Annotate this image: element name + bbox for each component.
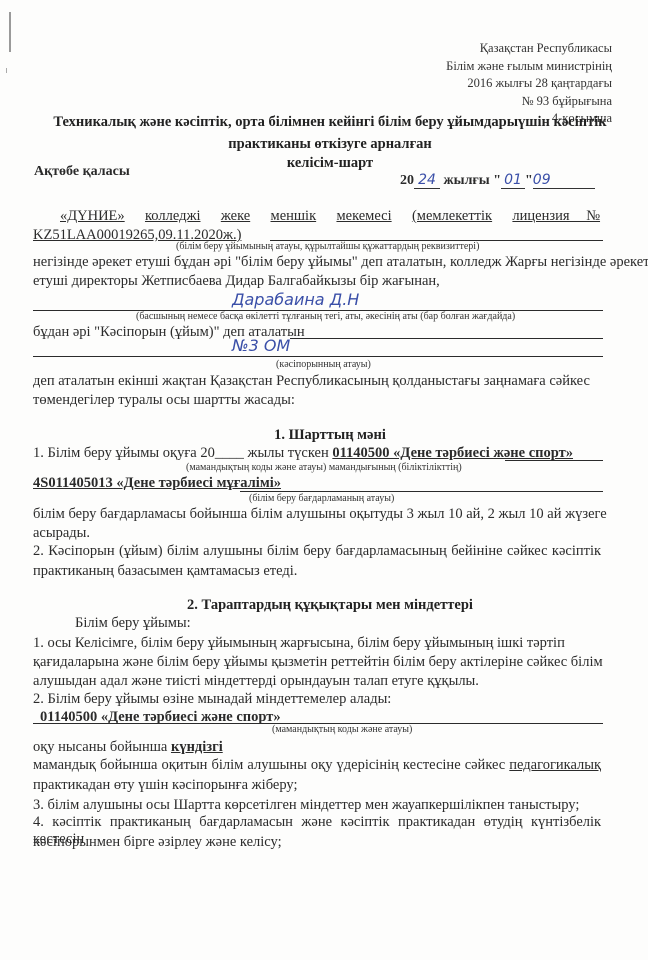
word: кәсіптік	[52, 814, 101, 830]
enterprise-caption: (кәсіпорынның атауы)	[276, 359, 371, 370]
date-year-handwritten: 24	[414, 172, 440, 189]
study-form: оқу нысаны бойынша күндізгі	[33, 737, 223, 757]
closing-line2: төмендегілер туралы осы шартты жасады:	[33, 390, 295, 410]
document-title-line1: Техникалық және кәсіптік, орта білімнен …	[40, 114, 620, 131]
date-prefix: 20	[400, 173, 414, 188]
qualification: 4S011405013 «Дене тәрбиесі мұғалімі»	[33, 473, 281, 493]
word: алушыны	[203, 543, 262, 559]
word: 4.	[33, 814, 44, 830]
org-caption: (білім беру ұйымының атауы, құрылтайшы қ…	[176, 241, 479, 252]
appendix-line: Қазақстан Республикасы	[446, 40, 612, 58]
section2-subheading: Білім беру ұйымы:	[75, 613, 191, 633]
right1-line2: қағидаларына және білім беру ұйымы қызме…	[33, 652, 603, 672]
p1-cont-line2: асырады.	[33, 523, 90, 543]
word: бағдарламасын	[199, 814, 293, 830]
fill-line	[33, 356, 603, 357]
word: оқу	[311, 757, 333, 773]
word: (ұйым)	[119, 543, 163, 559]
qualification-caption: (білім беру бағдарламаның атауы)	[249, 493, 394, 504]
word: бейініне	[451, 543, 502, 559]
word: Кәсіпорын	[48, 543, 114, 559]
practice-type: педагогикалық	[509, 757, 601, 773]
right1-line1: 1. осы Келісімге, білім беру ұйымының жа…	[33, 633, 565, 653]
basis-line2: етуші директоры Жетписбаева Дидар Балгаб…	[33, 271, 440, 291]
fill-line	[240, 491, 603, 492]
obligation3: 3. білім алушыны осы Шартта көрсетілген …	[33, 795, 579, 815]
org-word: лицензия№	[512, 208, 600, 224]
org-word: жеке	[221, 208, 250, 224]
word: практикадан	[398, 814, 475, 830]
document-title-line2: практиканы өткізуге арналған	[40, 136, 620, 153]
study-form-value: күндізгі	[171, 739, 223, 755]
head-caption: (басшының немесе басқа өкілетті тұлғаның…	[136, 311, 515, 322]
basis-line1: негізінде әрекет етуші бұдан әрі "білім …	[33, 252, 648, 272]
org-word: меншік	[271, 208, 317, 224]
obligation2: 2. Білім беру ұйымы өзіне мынадай міндет…	[33, 689, 391, 709]
p1-prefix: 1. Білім беру ұйымы оқуға 20____ жылы тү…	[33, 445, 332, 461]
scan-edge-dot	[6, 68, 7, 73]
enterprise-name-handwritten: №3 ОМ	[232, 336, 290, 355]
city: Ақтөбе қаласы	[34, 164, 130, 180]
send-line1: мамандық бойынша оқитын білім алушыны оқ…	[33, 757, 601, 774]
word: бойынша	[100, 757, 158, 773]
org-word: колледжі	[145, 208, 201, 224]
word: мамандық	[33, 757, 96, 773]
date-year-suffix: жылғы "	[444, 173, 502, 188]
date-day-handwritten: 01	[501, 172, 525, 189]
p1-cont-line1: білім беру бағдарламасы бойынша білім ал…	[33, 504, 607, 524]
word: сәйкес	[507, 543, 548, 559]
fill-line	[290, 338, 603, 339]
word: білім	[212, 757, 244, 773]
word: кестесіне	[403, 757, 461, 773]
section1-p2-line1: 2. Кәсіпорын (ұйым) білім алушыны білім …	[33, 543, 601, 560]
section1-p2-line2: практиканың базасымен қамтамасыз етеді.	[33, 561, 297, 581]
obligation4-line2: кәсіпорынмен бірге әзірлеу және келісу;	[33, 832, 282, 852]
word: кәсіптік	[340, 814, 389, 830]
word: және	[301, 814, 332, 830]
word: білім	[167, 543, 199, 559]
specialty: 01140500 «Дене тәрбиесі және спорт»	[332, 445, 573, 461]
date-mid: "	[525, 173, 533, 188]
word: практиканың	[110, 814, 191, 830]
obligation2-specialty-caption: (мамандықтың коды және атауы)	[272, 724, 412, 735]
org-word: мекемесі	[336, 208, 391, 224]
study-form-prefix: оқу нысаны бойынша	[33, 739, 171, 755]
appendix-line: Білім және ғылым министрінің	[446, 58, 612, 76]
word: кәсіптік	[552, 543, 601, 559]
appendix-line: 2016 жылғы 28 қаңтардағы	[446, 75, 612, 93]
word: 2.	[33, 543, 44, 559]
word: үдерісінің	[337, 757, 399, 773]
contract-page: Қазақстан Республикасы Білім және ғылым …	[0, 0, 648, 960]
specialty-caption: (мамандықтың коды және атауы) мамандығын…	[186, 462, 462, 473]
word: бағдарламасының	[336, 543, 447, 559]
date-month-handwritten: 09	[533, 172, 595, 189]
appendix-line: № 93 бұйрығына	[446, 93, 612, 111]
word: оқитын	[162, 757, 208, 773]
obligation2-specialty: 01140500 «Дене тәрбиесі және спорт»	[40, 707, 281, 727]
section1-p1: 1. Білім беру ұйымы оқуға 20____ жылы тү…	[33, 443, 573, 463]
contract-date: 2024 жылғы "01"09	[400, 172, 595, 189]
send-line2: практикадан өту үшін кәсіпорынға жіберу;	[33, 775, 297, 795]
org-word: «ДҮНИЕ»	[60, 208, 125, 224]
word: алушыны	[247, 757, 306, 773]
head-name-handwritten: Дарабаина Д.Н	[232, 290, 359, 309]
org-word: (мемлекеттік	[412, 208, 492, 224]
word: беру	[303, 543, 331, 559]
fill-line	[505, 460, 603, 461]
org-name-line1: «ДҮНИЕ» колледжі жеке меншік мекемесі (м…	[60, 208, 600, 225]
section2-heading: 2. Тараптардың құқықтары мен міндеттері	[40, 597, 620, 614]
closing-line1: деп аталатын екінші жақтан Қазақстан Рес…	[33, 371, 590, 391]
right1-line3: алушыдан адал және тиісті міндеттерді ор…	[33, 671, 479, 691]
scan-edge-mark	[9, 12, 11, 52]
section1-heading: 1. Шарттың мәні	[40, 427, 620, 444]
word: күнтізбелік	[531, 814, 601, 830]
word: білім	[267, 543, 299, 559]
word: сәйкес	[465, 757, 506, 773]
word: өтудің	[484, 814, 523, 830]
